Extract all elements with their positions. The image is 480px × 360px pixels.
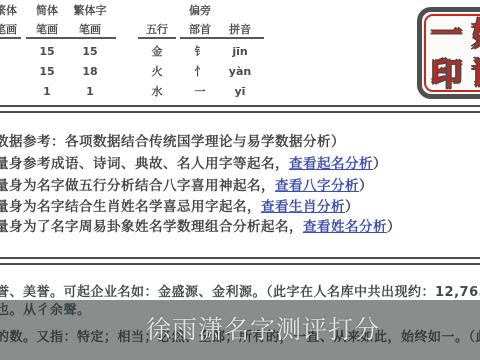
table-cell: 一 [180, 84, 220, 99]
table-cell: 忄 [180, 64, 220, 79]
naming-analysis-link[interactable]: 查看起名分析 [289, 156, 373, 172]
divider-double-line-bottom [0, 257, 480, 265]
column-header: 偏旁 [180, 3, 220, 18]
table-column-radical: 偏旁 部首 钅 忄 一 [180, 0, 220, 100]
note-text: 量身为名字做五行分析结合八字喜用神起名， [0, 178, 275, 194]
table-cell: 1 [64, 84, 116, 99]
table-cell: 钅 [180, 44, 220, 59]
column-header: 简体 [26, 3, 68, 18]
note-line-five-element: 量身为名字做五行分析结合八字喜用神起名，查看八字分析） [0, 177, 480, 195]
table-column-five-elements: 五行 金 火 水 [138, 0, 176, 100]
table-column-kangxi-strokes: 繁体字 笔画 15 18 1 [64, 0, 116, 100]
table-cell: 金 [138, 44, 176, 59]
note-suffix: ） [387, 219, 401, 235]
table-cell: jīn [216, 44, 264, 59]
column-header: 笔画 [64, 22, 116, 39]
stamp-text-top: 一如 [431, 18, 480, 52]
table-cell: 火 [138, 64, 176, 79]
name-analysis-link[interactable]: 查看姓名分析 [303, 219, 387, 235]
note-text: 数据参考：各项数据结合传统国学理论与易学数据分析） [0, 134, 345, 150]
table-cell: 水 [138, 84, 176, 99]
table-cell [0, 84, 21, 99]
bazi-analysis-link[interactable]: 查看八字分析 [275, 178, 359, 194]
table-cell: 15 [26, 64, 68, 79]
note-line-idiom-naming: 量身参考成语、诗词、典故、名人用字等起名，查看起名分析） [0, 155, 480, 173]
table-cell: yàn [216, 64, 264, 79]
table-cell [0, 44, 21, 59]
name-test-page: 繁体 笔画 简体 笔画 15 15 1 繁体字 笔画 15 18 1 五行 金 … [0, 0, 480, 360]
table-column-pinyin: 拼音 jīn yàn yī [216, 0, 264, 100]
divider-double-line-top [0, 105, 480, 113]
zodiac-analysis-link[interactable]: 查看生肖分析 [261, 199, 345, 215]
table-cell: 1 [26, 84, 68, 99]
table-cell: 18 [64, 64, 116, 79]
note-line-data-reference: 数据参考：各项数据结合传统国学理论与易学数据分析） [0, 133, 480, 151]
column-header: 笔画 [26, 22, 68, 39]
note-suffix: ） [373, 156, 387, 172]
red-seal-stamp: 一如 印谱 [417, 7, 480, 99]
character-table: 繁体 笔画 简体 笔画 15 15 1 繁体字 笔画 15 18 1 五行 金 … [0, 0, 300, 100]
table-column-hanzi: 繁体 笔画 [0, 0, 21, 100]
note-text: 量身参考成语、诗词、典故、名人用字等起名， [0, 156, 289, 172]
note-suffix: ） [359, 178, 373, 194]
note-text: 量身为名字结合生肖姓名学喜忌用字起名， [0, 199, 261, 215]
column-header: 繁体字 [64, 3, 116, 18]
column-header: 拼音 [216, 22, 264, 39]
stamp-text-bottom: 印谱 [431, 58, 480, 92]
note-line-zhouyi: 量身为了名字周易卦象姓名学数理组合分析起名，查看姓名分析） [0, 218, 480, 236]
column-header: 五行 [138, 22, 176, 39]
table-cell [0, 64, 21, 79]
column-header: 繁体 [0, 3, 21, 18]
table-cell: yī [216, 84, 264, 99]
column-header: 部首 [180, 22, 220, 39]
note-suffix: ） [345, 199, 359, 215]
table-cell: 15 [64, 44, 116, 59]
note-line-zodiac: 量身为名字结合生肖姓名学喜忌用字起名，查看生肖分析） [0, 198, 480, 216]
table-cell: 15 [26, 44, 68, 59]
bottom-gray-band: 也。从彳余聲。 的数。又指：特定；相当；必然、全部；所有的，一直、从来如此，始终… [0, 300, 480, 360]
column-header: 笔画 [0, 22, 21, 39]
note-text: 量身为了名字周易卦象姓名学数理组合分析起名， [0, 219, 303, 235]
table-column-simplified-strokes: 简体 笔画 15 15 1 [26, 0, 68, 100]
watermark-title: 徐雨潇名字测评打分 [146, 313, 380, 347]
